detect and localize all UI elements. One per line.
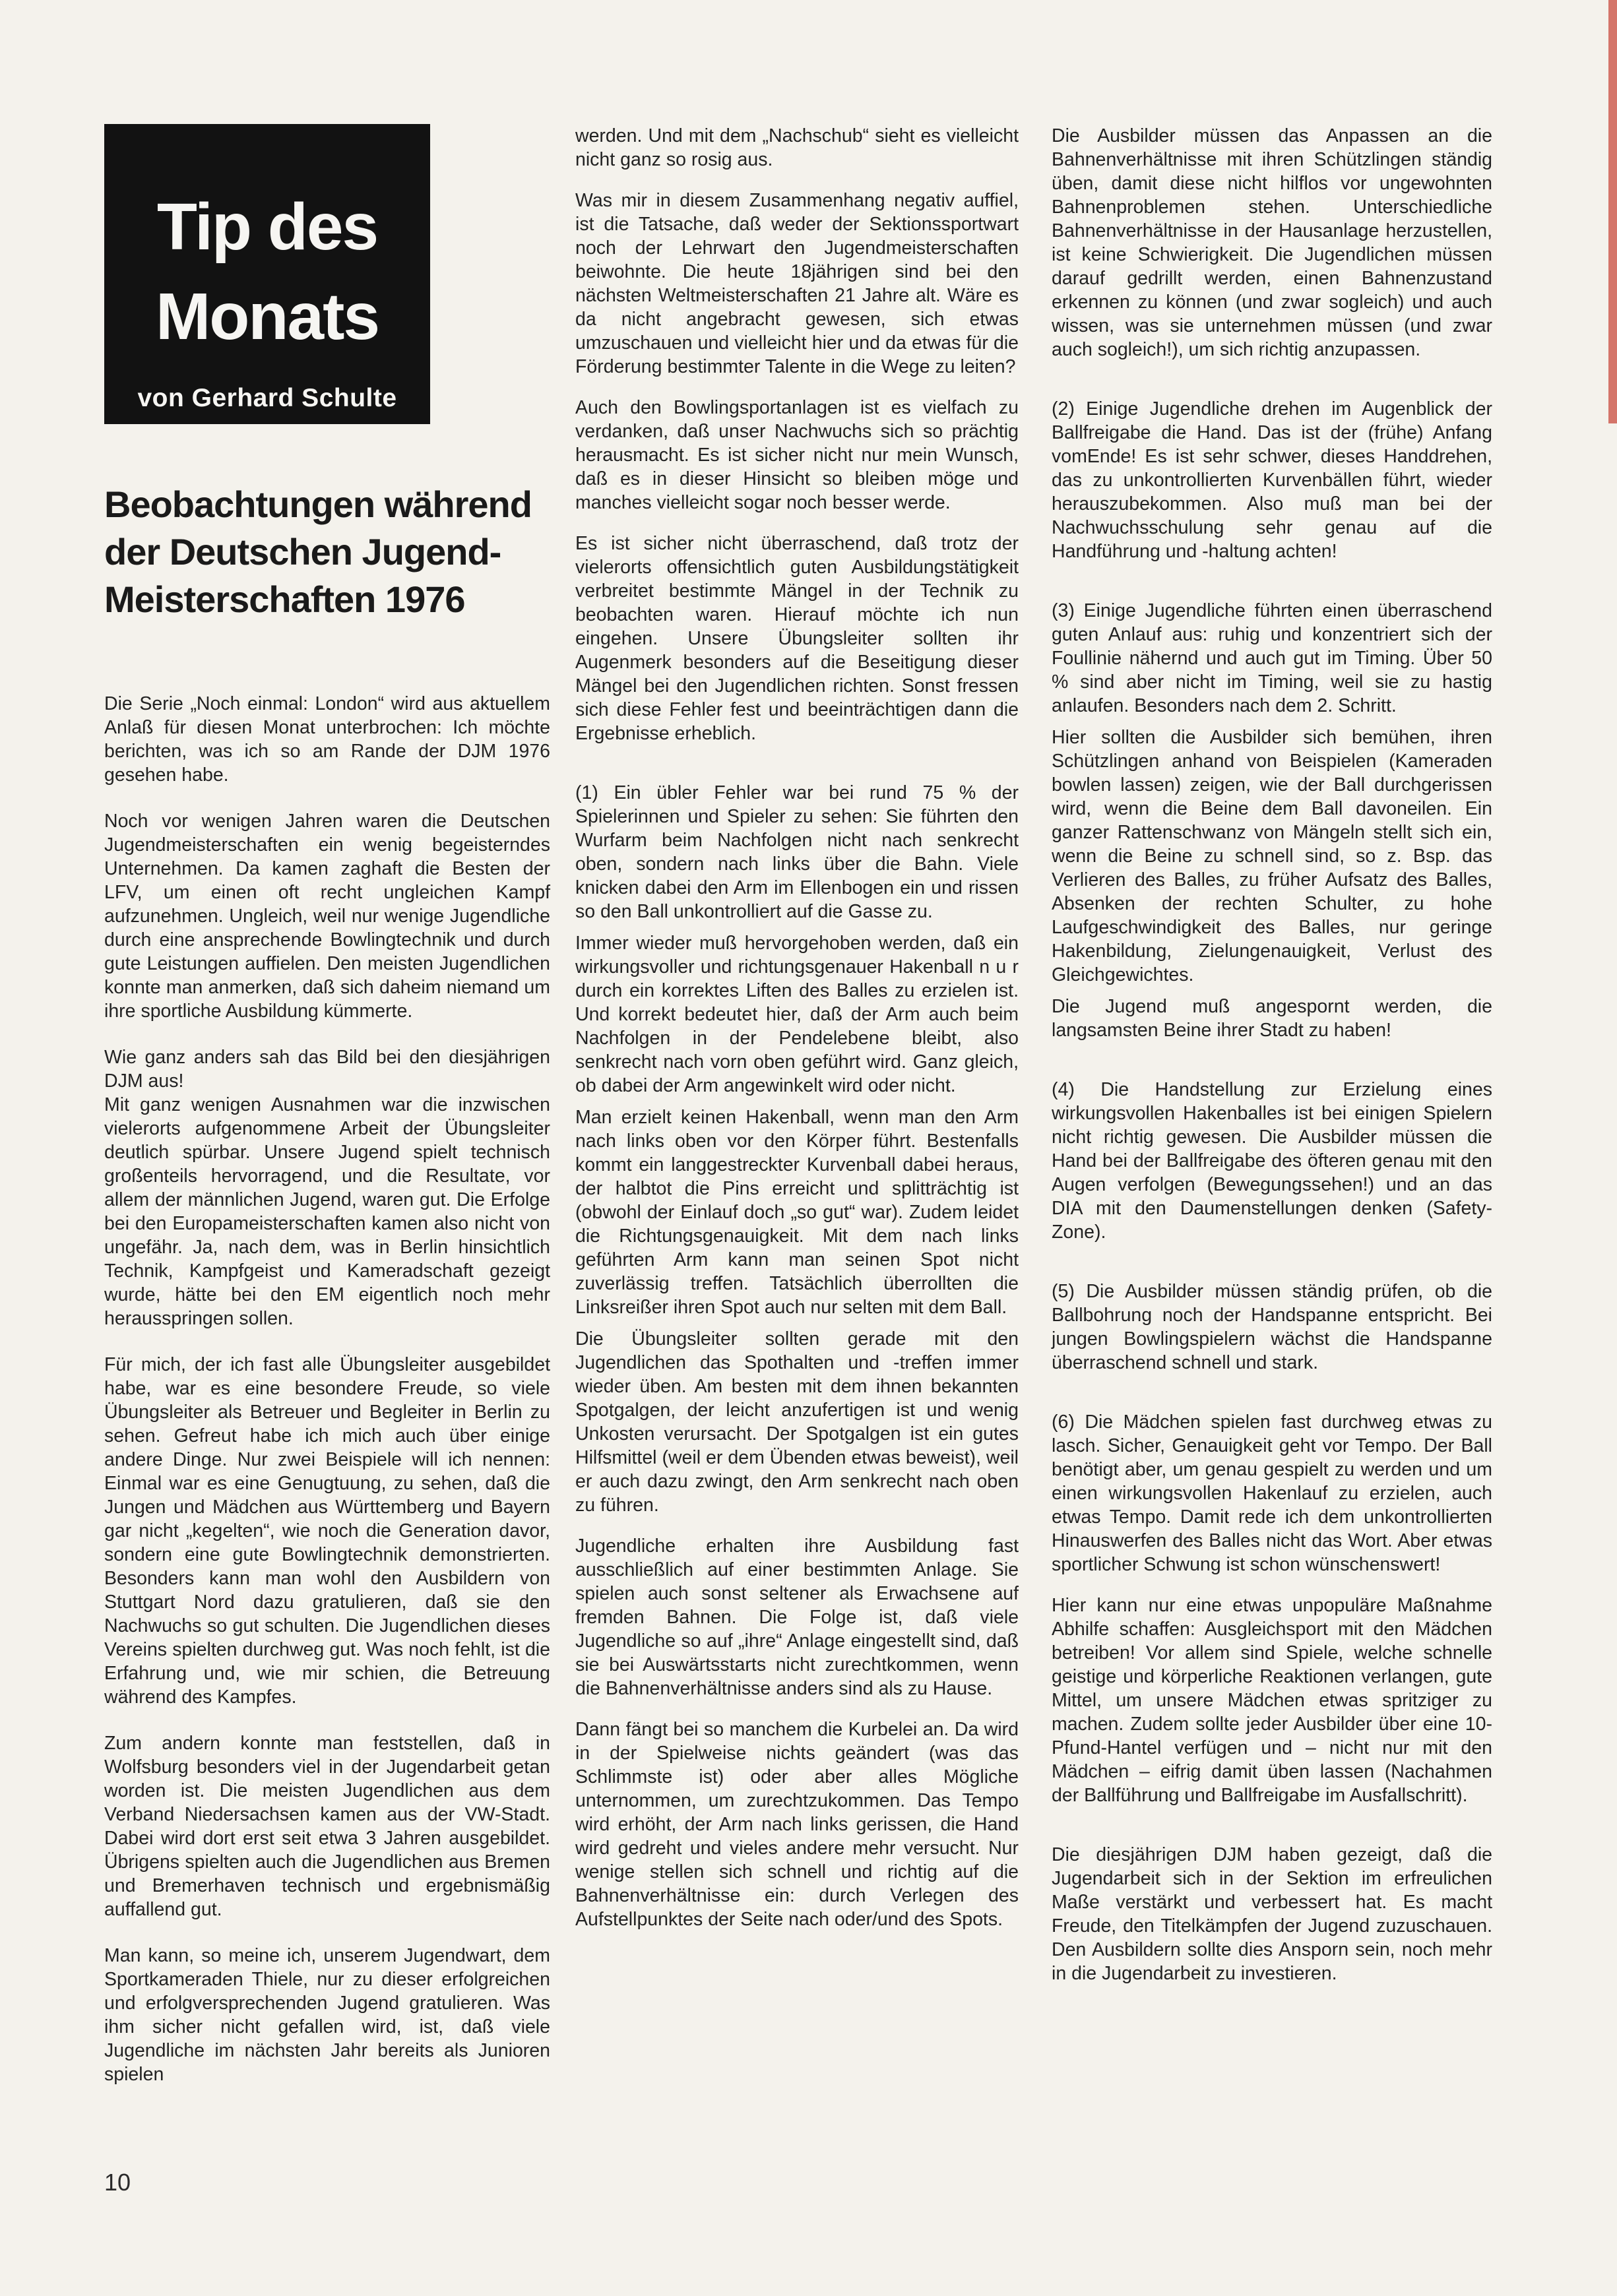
paragraph: (2) Einige Jugendliche drehen im Augenbl…	[1052, 397, 1492, 563]
paragraph: Noch vor wenigen Jahren waren die Deutsc…	[104, 809, 550, 1023]
paragraph: Hier sollten die Ausbilder sich bemühen,…	[1052, 726, 1492, 987]
paragraph: Hier kann nur eine etwas unpopuläre Maßn…	[1052, 1594, 1492, 1807]
paragraph: Es ist sicher nicht überraschend, daß tr…	[575, 532, 1019, 745]
paragraph: Immer wieder muß hervorgehoben werden, d…	[575, 931, 1019, 1098]
magazine-page: { "page": { "number": "10", "background_…	[0, 0, 1617, 2296]
paragraph: Man erzielt keinen Hakenball, wenn man d…	[575, 1105, 1019, 1319]
paragraph: Die Serie „Noch einmal: London“ wird aus…	[104, 692, 550, 787]
masthead-byline: von Gerhard Schulte	[104, 384, 430, 413]
paragraph: Die Jugend muß angespornt werden, die la…	[1052, 995, 1492, 1042]
column-left: Tip des Monats von Gerhard Schulte Beoba…	[104, 124, 550, 2086]
masthead-title: Tip des Monats	[104, 182, 430, 361]
paragraph: Was mir in diesem Zusammenhang negativ a…	[575, 189, 1019, 379]
paragraph: Wie ganz anders sah das Bild bei den die…	[104, 1045, 550, 1330]
paragraph: Die diesjährigen DJM haben gezeigt, daß …	[1052, 1843, 1492, 1985]
paragraph: Die Ausbilder müssen das Anpassen an die…	[1052, 124, 1492, 361]
paragraph: werden. Und mit dem „Nachschub“ sieht es…	[575, 124, 1019, 171]
paragraph: Zum andern konnte man feststellen, daß i…	[104, 1731, 550, 1921]
paragraph: Die Übungsleiter sollten gerade mit den …	[575, 1327, 1019, 1517]
paragraph: (4) Die Handstellung zur Erzielung eines…	[1052, 1078, 1492, 1244]
masthead-box: Tip des Monats von Gerhard Schulte	[104, 124, 430, 424]
column-middle: werden. Und mit dem „Nachschub“ sieht es…	[575, 124, 1019, 1931]
paragraph: Dann fängt bei so manchem die Kurbelei a…	[575, 1718, 1019, 1931]
paragraph: Für mich, der ich fast alle Übungsleiter…	[104, 1353, 550, 1709]
paragraph: (5) Die Ausbilder müssen ständig prüfen,…	[1052, 1280, 1492, 1375]
article-heading: Beobachtungen während der Deutschen Juge…	[104, 481, 550, 623]
red-edge-stripe	[1608, 0, 1617, 423]
paragraph: (1) Ein übler Fehler war bei rund 75 % d…	[575, 781, 1019, 923]
column-right: Die Ausbilder müssen das Anpassen an die…	[1052, 124, 1492, 1985]
paragraph: (6) Die Mädchen spielen fast durchweg et…	[1052, 1410, 1492, 1576]
paragraph: (3) Einige Jugendliche führten einen übe…	[1052, 599, 1492, 718]
paragraph: Jugendliche erhalten ihre Ausbildung fas…	[575, 1534, 1019, 1700]
paragraph: Auch den Bowlingsportanlagen ist es viel…	[575, 396, 1019, 514]
page-number: 10	[104, 2169, 131, 2196]
paragraph: Man kann, so meine ich, unserem Jugendwa…	[104, 1944, 550, 2086]
